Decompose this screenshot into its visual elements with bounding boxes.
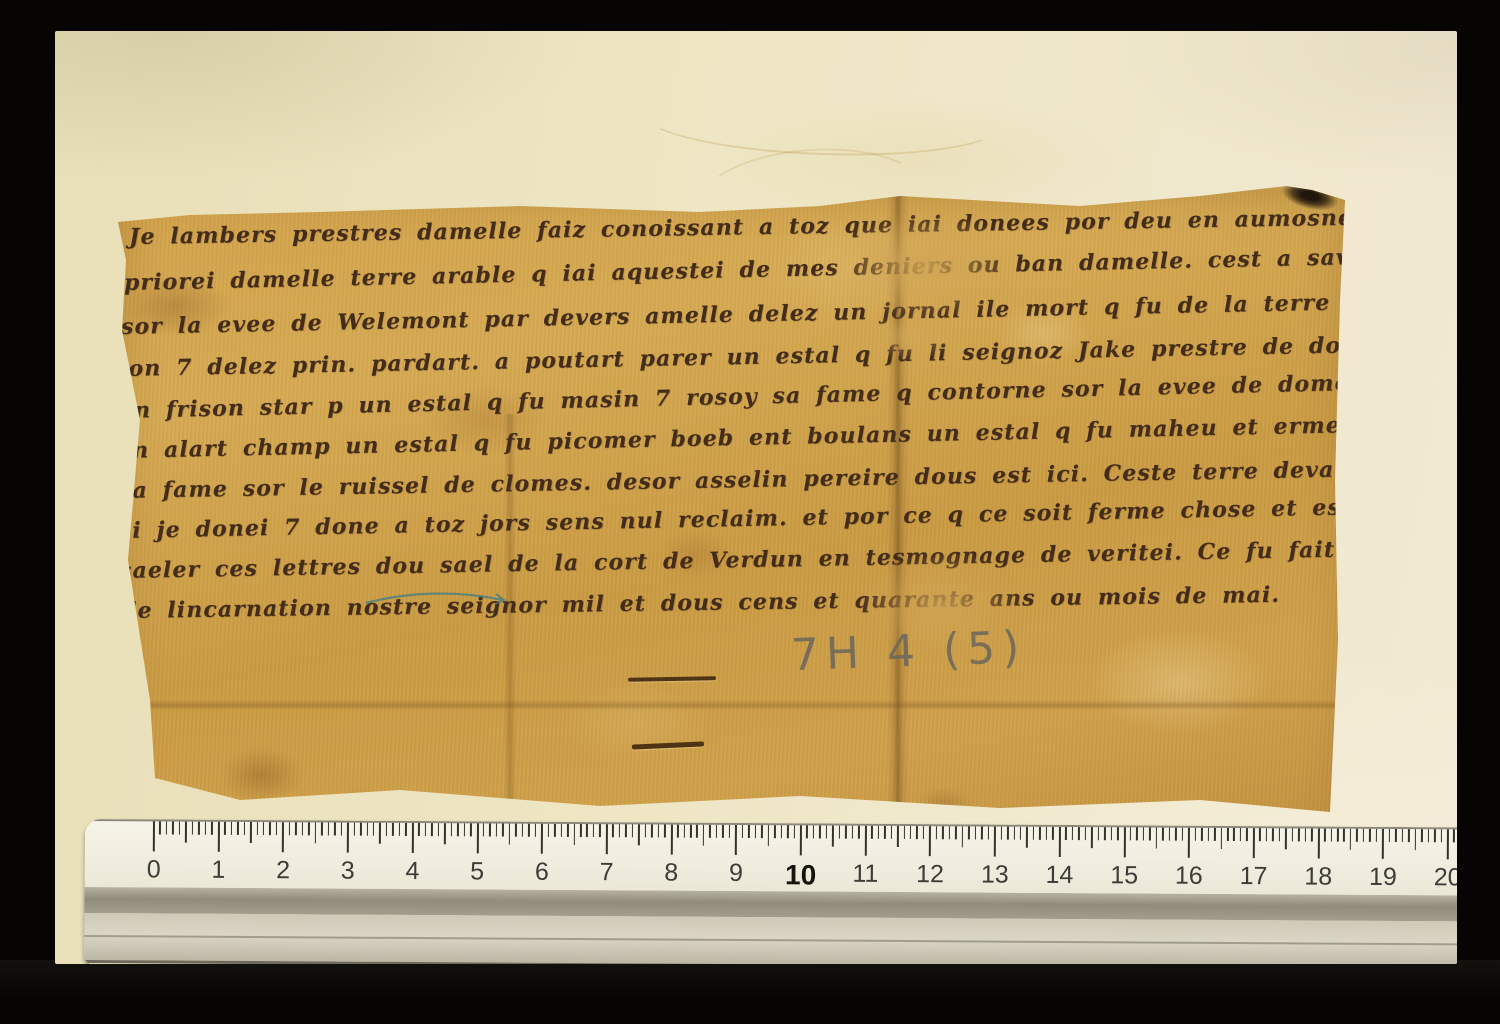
centimeter-ruler: 01234567891011121314151617181920 — [84, 819, 1457, 964]
ruler-number: 3 — [341, 857, 355, 886]
ruler-tick — [916, 826, 918, 839]
ruler-tick — [1382, 829, 1384, 859]
ruler-tick — [703, 825, 705, 846]
ruler-tick — [1337, 829, 1339, 842]
ruler-tick — [1305, 828, 1307, 841]
ruler-tick — [1246, 828, 1248, 841]
ruler-tick — [334, 823, 336, 836]
ruler-tick — [858, 826, 860, 839]
ruler-tick — [496, 824, 498, 837]
ruler-tick — [625, 824, 627, 837]
ruler-tick — [192, 822, 194, 835]
ruler-tick — [813, 825, 815, 838]
ruler-tick — [1395, 829, 1397, 842]
ruler-tick — [1162, 828, 1164, 841]
ruler-tick — [1123, 827, 1125, 857]
ruler-tick — [677, 825, 679, 838]
ruler-tick — [1188, 828, 1190, 858]
ruler-tick — [793, 825, 795, 838]
ruler-tick — [1279, 828, 1281, 841]
ruler-tick — [716, 825, 718, 838]
ruler-tick — [780, 825, 782, 838]
ruler-tick — [1195, 828, 1197, 841]
faded-ink-patch — [857, 314, 957, 360]
ruler-tick — [353, 823, 355, 836]
ruler-number: 5 — [470, 857, 484, 886]
ruler-tick — [476, 823, 478, 853]
ruler-tick — [217, 822, 219, 852]
ruler-tick — [1272, 828, 1274, 841]
ruler-number: 4 — [405, 857, 419, 886]
ruler-tick — [1324, 829, 1326, 842]
ruler-tick — [1220, 828, 1222, 849]
ruler-number: 16 — [1175, 862, 1203, 891]
ruler-tick — [457, 823, 459, 836]
ruler-tick — [412, 823, 414, 853]
ruler-tick — [1091, 827, 1093, 848]
ruler-tick — [599, 824, 601, 837]
ruler-tick — [444, 823, 446, 844]
ruler-tick — [1143, 827, 1145, 840]
ruler-tick — [1363, 829, 1365, 842]
ruler-number: 2 — [276, 856, 290, 885]
ruler-tick — [619, 824, 621, 837]
ruler-number: 10 — [785, 859, 816, 891]
ruler-tick — [1427, 829, 1429, 842]
ruler-tick — [722, 825, 724, 838]
ruler-tick — [696, 825, 698, 838]
ruler-tick — [994, 827, 996, 857]
ruler-tick — [1356, 829, 1358, 842]
ruler-number: 6 — [535, 858, 549, 887]
ruler-tick — [405, 823, 407, 836]
ruler-tick — [315, 822, 317, 843]
ruler-scale: 01234567891011121314151617181920 — [85, 819, 1457, 895]
ruler-tick — [1240, 828, 1242, 841]
ruler-tick — [418, 823, 420, 836]
ruler-tick — [1253, 828, 1255, 858]
ruler-tick — [742, 825, 744, 838]
ruler-tick — [1104, 827, 1106, 840]
ruler-tick — [864, 826, 866, 856]
ruler-tick — [1136, 827, 1138, 840]
ruler-tick — [373, 823, 375, 836]
ruler-tick — [573, 824, 575, 845]
ruler-number: 11 — [852, 860, 878, 889]
ruler-number: 12 — [916, 860, 944, 889]
fold-crease-horizontal — [113, 700, 1353, 710]
ruler-tick — [1421, 829, 1423, 842]
seal-slit — [632, 741, 704, 749]
ruler-tick — [1085, 827, 1087, 840]
ruler-tick — [289, 822, 291, 835]
ruler-tick — [166, 821, 168, 834]
ruler-tick — [755, 825, 757, 838]
ruler-tick — [535, 824, 537, 837]
ruler-tick — [386, 823, 388, 836]
ruler-tick — [1266, 828, 1268, 841]
ruler-tick — [839, 826, 841, 839]
ruler-tick — [910, 826, 912, 839]
ruler-tick — [1376, 829, 1378, 842]
ruler-tick — [664, 825, 666, 838]
ruler-tick — [1130, 827, 1132, 840]
ruler-tick — [1052, 827, 1054, 840]
ruler-tick — [651, 824, 653, 837]
ruler-tick — [942, 826, 944, 839]
ruler-tick — [988, 827, 990, 840]
ruler-tick — [528, 824, 530, 837]
ruler-tick — [683, 825, 685, 838]
ruler-tick — [929, 826, 931, 856]
faded-ink-patch — [829, 210, 1019, 322]
ruler-tick — [897, 826, 899, 847]
ruler-tick — [878, 826, 880, 839]
ruler-tick — [1447, 829, 1449, 859]
ruler-tick — [1350, 829, 1352, 850]
ruler-tick — [955, 826, 957, 839]
ruler-tick — [470, 823, 472, 836]
ruler-tick — [341, 823, 343, 836]
ruler-tick — [399, 823, 401, 836]
ruler-tick — [729, 825, 731, 838]
ruler-tick — [1311, 828, 1313, 841]
ruler-tick — [269, 822, 271, 835]
ruler-tick — [1389, 829, 1391, 842]
ruler-tick — [231, 822, 233, 835]
ruler-tick — [263, 822, 265, 835]
ruler-tick — [1020, 827, 1022, 840]
manuscript-text-line: saeler ces lettres dou sael de la cort d… — [119, 535, 1439, 584]
ruler-tick — [438, 823, 440, 836]
ruler-tick — [852, 826, 854, 839]
ruler-tick — [806, 825, 808, 838]
ruler-tick — [1065, 827, 1067, 840]
ruler-tick — [1149, 828, 1151, 841]
ruler-tick — [541, 824, 543, 854]
ruler-tick — [1013, 827, 1015, 840]
archival-shelfmark: 7H 4 (5) — [790, 622, 1027, 681]
ruler-tick — [302, 822, 304, 835]
ruler-tick — [1039, 827, 1041, 840]
ruler-tick — [1059, 827, 1061, 857]
ruler-tick — [392, 823, 394, 836]
manuscript-text-line: Je lambers prestres damelle faiz conoiss… — [129, 204, 1423, 250]
ruler-tick — [379, 823, 381, 844]
ruler-tick — [425, 823, 427, 836]
ruler-tick — [1369, 829, 1371, 842]
ruler-tick — [975, 826, 977, 839]
ruler-tick — [1110, 827, 1112, 840]
ruler-tick — [1207, 828, 1209, 841]
ruler-number: 18 — [1304, 862, 1332, 891]
ruler-tick — [612, 824, 614, 837]
ruler-tick — [890, 826, 892, 839]
ruler-tick — [1214, 828, 1216, 841]
ruler-tick — [483, 823, 485, 836]
ruler-tick — [593, 824, 595, 837]
ruler-tick — [923, 826, 925, 839]
ruler-tick — [282, 822, 284, 852]
ruler-tick — [832, 826, 834, 847]
ruler-tick — [800, 825, 802, 855]
ruler-tick — [1117, 827, 1119, 840]
ruler-tick — [308, 822, 310, 835]
ruler-tick — [1408, 829, 1410, 842]
ruler-tick — [1033, 827, 1035, 840]
ruler-tick — [515, 824, 517, 837]
ruler-tick — [735, 825, 737, 855]
ruler-tick — [638, 824, 640, 845]
frame-shadow — [0, 960, 1500, 1024]
ruler-tick — [561, 824, 563, 837]
photo-area: Je lambers prestres damelle faiz conoiss… — [55, 31, 1457, 964]
ruler-tick — [826, 826, 828, 839]
arrow-annotation — [363, 588, 523, 612]
ruler-tick — [321, 822, 323, 835]
ruler-tick — [658, 824, 660, 837]
ruler-tick — [1402, 829, 1404, 842]
ruler-tick — [787, 825, 789, 838]
ruler-tick — [295, 822, 297, 835]
ruler-tick — [1046, 827, 1048, 840]
ruler-tick — [962, 826, 964, 847]
ruler-tick — [586, 824, 588, 837]
ruler-tick — [489, 823, 491, 836]
ruler-number: 8 — [664, 859, 678, 888]
ruler-tick — [1156, 828, 1158, 849]
ruler-tick — [347, 823, 349, 853]
ruler-tick — [366, 823, 368, 836]
ruler-tick — [845, 826, 847, 839]
ruler-tick — [709, 825, 711, 838]
ruler-tick — [256, 822, 258, 835]
ruler-tick — [903, 826, 905, 839]
ruler-tick — [606, 824, 608, 854]
ruler-tick — [1072, 827, 1074, 840]
ruler-number: 15 — [1110, 861, 1138, 890]
ruler-tick — [968, 826, 970, 839]
ruler-tick — [211, 822, 213, 835]
ruler-tick — [690, 825, 692, 838]
ruler-tick — [502, 824, 504, 837]
ruler-tick — [1078, 827, 1080, 840]
ruler-number: 20 — [1434, 863, 1457, 892]
ruler-tick — [774, 825, 776, 838]
ruler-tick — [1317, 829, 1319, 859]
ruler-tick — [949, 826, 951, 839]
ruler-number: 13 — [981, 860, 1009, 889]
ruler-tick — [1169, 828, 1171, 841]
ruler-tick — [981, 826, 983, 839]
ruler-tick — [198, 822, 200, 835]
ruler-tick — [567, 824, 569, 837]
ruler-tick — [463, 823, 465, 836]
ruler-tick — [884, 826, 886, 839]
ruler-tick — [237, 822, 239, 835]
ruler-tick — [1330, 829, 1332, 842]
ruler-tick — [580, 824, 582, 837]
photograph-frame: { "photo": { "background_color": "#eee6c… — [0, 0, 1500, 1024]
ruler-number: 0 — [147, 855, 161, 884]
ruler-tick — [1026, 827, 1028, 848]
ruler-tick — [1285, 828, 1287, 849]
ruler-tick — [871, 826, 873, 839]
ruler-number: 1 — [211, 856, 225, 885]
ruler-tick — [761, 825, 763, 838]
ruler-tick — [172, 822, 174, 835]
ruler-tick — [509, 824, 511, 845]
ruler-tick — [159, 821, 161, 834]
ruler-tick — [224, 822, 226, 835]
ruler-tick — [1259, 828, 1261, 841]
ruler-tick — [1000, 827, 1002, 840]
ruler-tick — [522, 824, 524, 837]
ruler-tick — [276, 822, 278, 835]
ruler-tick — [1182, 828, 1184, 841]
ruler-metal-face — [84, 913, 1457, 964]
ruler-tick — [205, 822, 207, 835]
ruler-tick — [1440, 829, 1442, 842]
ruler-tick — [1201, 828, 1203, 841]
ruler-tick — [819, 825, 821, 838]
ruler-tick — [670, 825, 672, 855]
ruler-tick — [153, 821, 155, 851]
ruler-tick — [1097, 827, 1099, 840]
manuscript-text-line: de lincarnation nostre seignor mil et do… — [121, 582, 1280, 624]
ruler-tick — [1298, 828, 1300, 841]
ruler-tick — [250, 822, 252, 843]
ruler-tick — [179, 822, 181, 835]
ruler-tick — [632, 824, 634, 837]
ruler-tick — [1414, 829, 1416, 850]
ruler-tick — [243, 822, 245, 835]
ruler-tick — [1007, 827, 1009, 840]
ruler-tick — [1292, 828, 1294, 841]
ruler-tick — [748, 825, 750, 838]
ruler-number: 7 — [600, 858, 614, 887]
ruler-tick — [1175, 828, 1177, 841]
parchment-charter: Je lambers prestres damelle faiz conoiss… — [113, 186, 1353, 856]
ruler-tick — [431, 823, 433, 836]
ruler-number: 9 — [729, 859, 743, 888]
ruler-tick — [548, 824, 550, 837]
ruler-tick — [1453, 829, 1455, 842]
ruler-tick — [1233, 828, 1235, 841]
ruler-tick — [645, 824, 647, 837]
manuscript-text-line: sor la evee de Welemont par devers amell… — [121, 288, 1412, 340]
ruler-tick — [185, 822, 187, 843]
seal-slit — [628, 676, 716, 682]
ruler-number: 17 — [1240, 862, 1268, 891]
ruler-number: 14 — [1045, 861, 1073, 890]
ruler-tick — [554, 824, 556, 837]
ruler-tick — [1434, 829, 1436, 842]
ruler-number: 19 — [1369, 863, 1397, 892]
ruler-tick — [328, 822, 330, 835]
ruler-tick — [451, 823, 453, 836]
ruler-tick — [1227, 828, 1229, 841]
ruler-tick — [360, 823, 362, 836]
ruler-tick — [1343, 829, 1345, 842]
ruler-tick — [936, 826, 938, 839]
manuscript-text-line: priorei damelle terre arable q iai aques… — [124, 244, 1388, 296]
ruler-tick — [767, 825, 769, 846]
